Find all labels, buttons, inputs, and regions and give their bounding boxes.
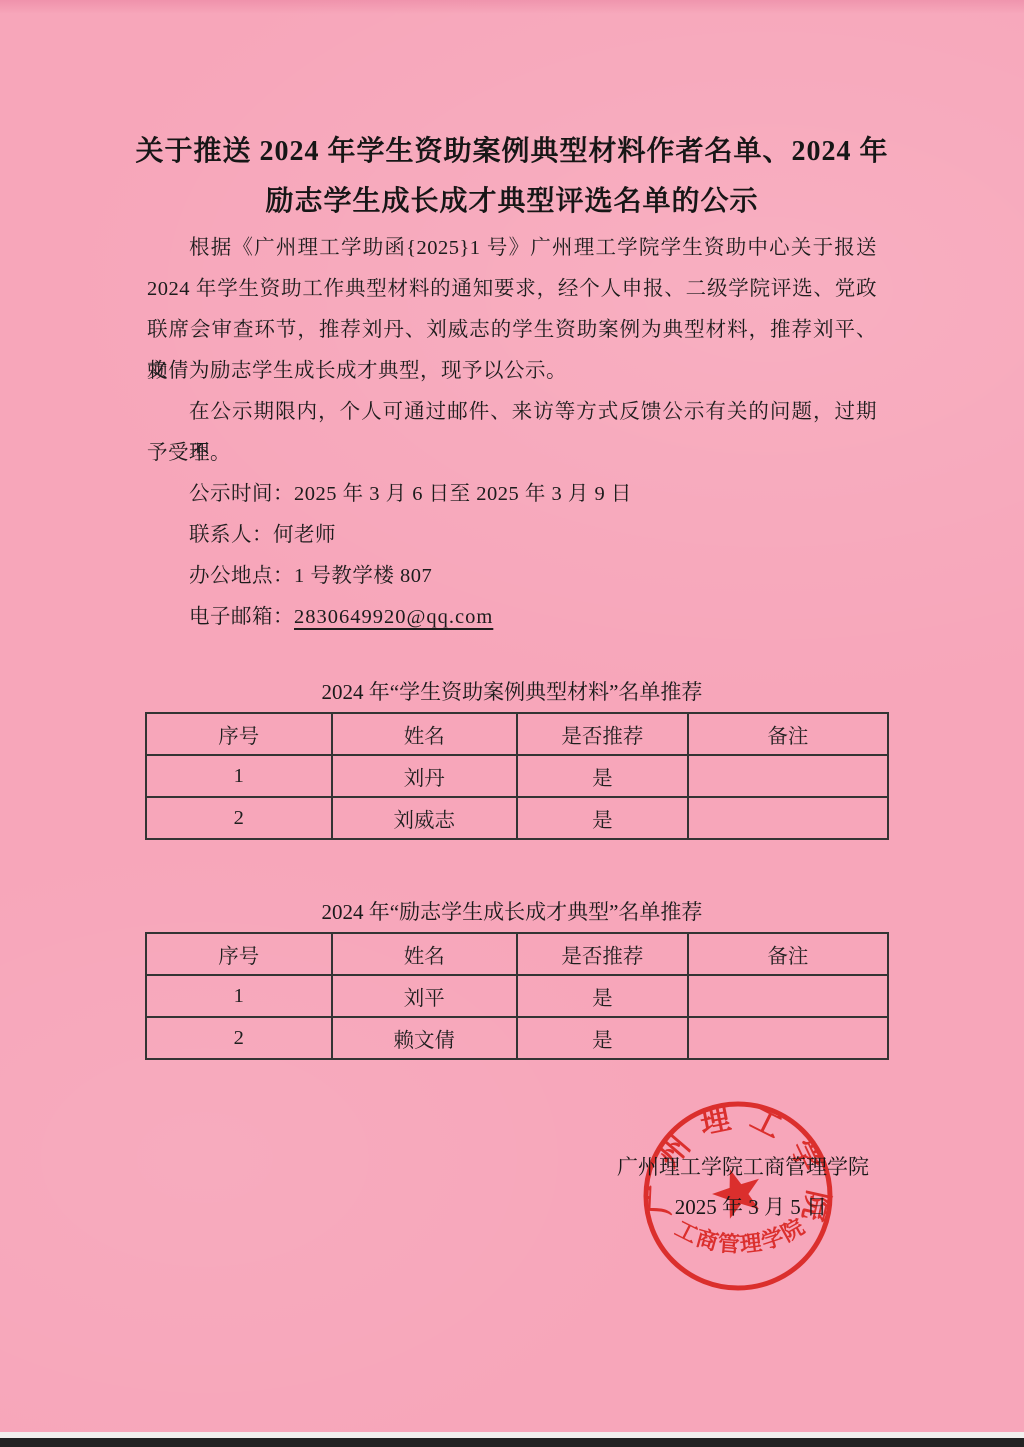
cell-remark [688,975,888,1017]
cell-index: 2 [146,797,332,839]
email-line: 电子邮箱：2830649920@qq.com [147,597,877,638]
scanned-announcement-page: 关于推送 2024 年学生资助案例典型材料作者名单、2024 年 励志学生成长成… [0,0,1024,1447]
table2-title: 2024 年“励志学生成长成才典型”名单推荐 [147,892,877,932]
table-row: 1 刘平 是 [146,975,888,1017]
cell-recommended: 是 [517,1017,688,1059]
header-cell-index: 序号 [146,933,332,975]
paragraph1-line: 根据《广州理工学助函{2025}1 号》广州理工学院学生资助中心关于报送 [147,228,877,269]
header-cell-remark: 备注 [688,713,888,755]
publicity-period: 公示时间：2025 年 3 月 6 日至 2025 年 3 月 9 日 [147,474,877,515]
cell-name: 赖文倩 [332,1017,518,1059]
document-title-line-1: 关于推送 2024 年学生资助案例典型材料作者名单、2024 年 [0,127,1024,177]
cell-remark [688,1017,888,1059]
cell-index: 1 [146,975,332,1017]
office-location: 办公地点：1 号教学楼 807 [147,556,877,597]
cell-name: 刘威志 [332,797,518,839]
paragraph1-line: 2024 年学生资助工作典型材料的通知要求，经个人申报、二级学院评选、党政 [147,269,877,310]
table-header-row: 序号 姓名 是否推荐 备注 [146,713,888,755]
table-row: 2 赖文倩 是 [146,1017,888,1059]
scan-edge-shadow [0,1438,1024,1447]
header-cell-index: 序号 [146,713,332,755]
document-body: 根据《广州理工学助函{2025}1 号》广州理工学院学生资助中心关于报送 202… [147,228,877,638]
header-cell-name: 姓名 [332,933,518,975]
signing-date: 2025 年 3 月 5 日 [147,1187,877,1227]
cell-recommended: 是 [517,755,688,797]
cell-name: 刘丹 [332,755,518,797]
paragraph1-line: 文倩为励志学生成长成才典型，现予以公示。 [147,351,877,392]
table1-title: 2024 年“学生资助案例典型材料”名单推荐 [147,672,877,712]
header-cell-recommended: 是否推荐 [517,933,688,975]
table-row: 1 刘丹 是 [146,755,888,797]
cell-index: 1 [146,755,332,797]
signing-organization: 广州理工学院工商管理学院 [147,1147,877,1187]
table1-roster: 序号 姓名 是否推荐 备注 1 刘丹 是 2 刘威志 是 [145,712,889,840]
table-row: 2 刘威志 是 [146,797,888,839]
cell-recommended: 是 [517,797,688,839]
paragraph2-line: 在公示期限内，个人可通过邮件、来访等方式反馈公示有关的问题，过期不 [147,392,877,433]
paragraph1-line: 联席会审查环节，推荐刘丹、刘威志的学生资助案例为典型材料，推荐刘平、赖 [147,310,877,351]
table2-roster: 序号 姓名 是否推荐 备注 1 刘平 是 2 赖文倩 是 [145,932,889,1060]
cell-remark [688,797,888,839]
email-address: 2830649920@qq.com [294,606,493,628]
header-cell-name: 姓名 [332,713,518,755]
header-cell-recommended: 是否推荐 [517,713,688,755]
cell-name: 刘平 [332,975,518,1017]
cell-remark [688,755,888,797]
table-header-row: 序号 姓名 是否推荐 备注 [146,933,888,975]
cell-recommended: 是 [517,975,688,1017]
paragraph2-line: 予受理。 [147,433,877,474]
document-title: 关于推送 2024 年学生资助案例典型材料作者名单、2024 年 励志学生成长成… [0,127,1024,227]
document-title-line-2: 励志学生成长成才典型评选名单的公示 [0,177,1024,227]
contact-person: 联系人：何老师 [147,515,877,556]
email-label: 电子邮箱： [189,606,294,628]
cell-index: 2 [146,1017,332,1059]
header-cell-remark: 备注 [688,933,888,975]
